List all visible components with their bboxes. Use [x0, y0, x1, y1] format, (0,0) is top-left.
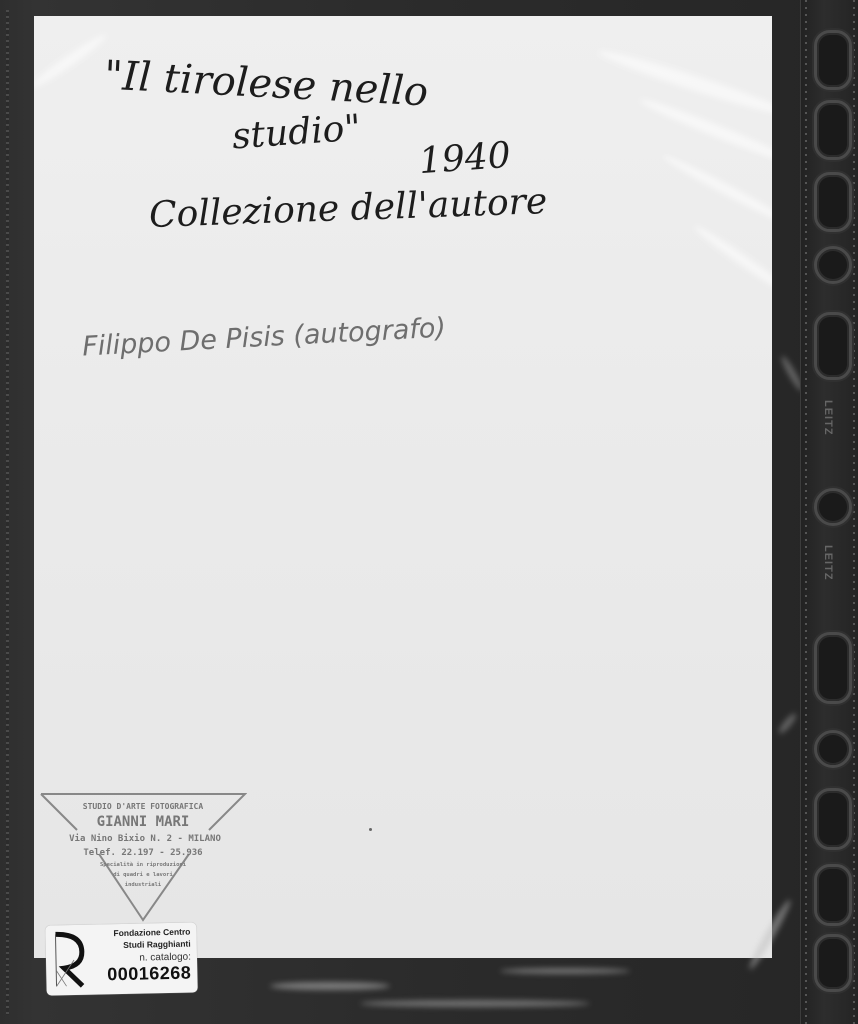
strip-perforation	[853, 0, 855, 1024]
punch-hole	[814, 632, 852, 704]
archive-org-line-2: Studi Ragghianti	[114, 938, 191, 952]
ragghianti-logo-icon	[51, 930, 86, 989]
binder-imprint: LEITZ	[822, 400, 834, 436]
punch-hole	[814, 934, 852, 992]
inscription-collection: Collezione dell'autore	[148, 181, 547, 236]
glare	[34, 31, 109, 91]
punch-hole	[814, 312, 852, 380]
archive-catalog-label: Fondazione Centro Studi Ragghianti n. ca…	[45, 922, 197, 995]
inscription-year: 1940	[418, 135, 512, 182]
glare	[777, 712, 798, 736]
glare	[360, 1000, 590, 1007]
inscription-title-line-2: studio"	[231, 108, 362, 158]
glare	[500, 968, 630, 974]
binder-imprint: LEITZ	[822, 545, 834, 581]
punch-hole	[814, 172, 852, 232]
punch-hole-round	[814, 246, 852, 284]
punch-hole	[814, 30, 852, 90]
sleeve-seam	[6, 10, 9, 1015]
autograph-note: Filippo De Pisis (autografo)	[81, 312, 446, 362]
strip-perforation	[805, 0, 807, 1024]
glare	[270, 982, 390, 990]
photo-verso: "Il tirolese nello studio" 1940 Collezio…	[34, 16, 772, 958]
stamp-line-2: GIANNI MARI	[39, 814, 247, 830]
punch-hole-round	[814, 730, 852, 768]
inscription-title-line-1: "Il tirolese nello	[103, 53, 429, 116]
glare	[692, 222, 772, 299]
glare	[660, 151, 772, 230]
punch-hole	[814, 788, 852, 850]
punch-hole-round	[814, 488, 852, 526]
paper-speck	[369, 828, 372, 831]
stamp-line-1: STUDIO D'ARTE FOTOGRAFICA	[39, 802, 247, 811]
punch-hole	[814, 864, 852, 926]
photo-studio-stamp: STUDIO D'ARTE FOTOGRAFICA GIANNI MARI Vi…	[39, 792, 247, 922]
stamp-line-4: Telef. 22.197 - 25.936	[39, 848, 247, 858]
glare	[597, 45, 772, 120]
plastic-sleeve: "Il tirolese nello studio" 1940 Collezio…	[0, 0, 858, 1024]
catalog-number: 00016268	[107, 963, 192, 986]
punch-hole	[814, 100, 852, 160]
archive-org-name: Fondazione Centro Studi Ragghianti	[113, 926, 190, 952]
binder-strip: LEITZ LEITZ	[800, 0, 858, 1024]
stamp-line-3: Via Nino Bixio N. 2 - MILANO	[41, 834, 249, 844]
stamp-line-5: Specialità in riproduzioni	[39, 862, 247, 868]
stamp-line-7: industriali	[39, 882, 247, 888]
stamp-line-6: di quadri e lavori	[39, 872, 247, 878]
